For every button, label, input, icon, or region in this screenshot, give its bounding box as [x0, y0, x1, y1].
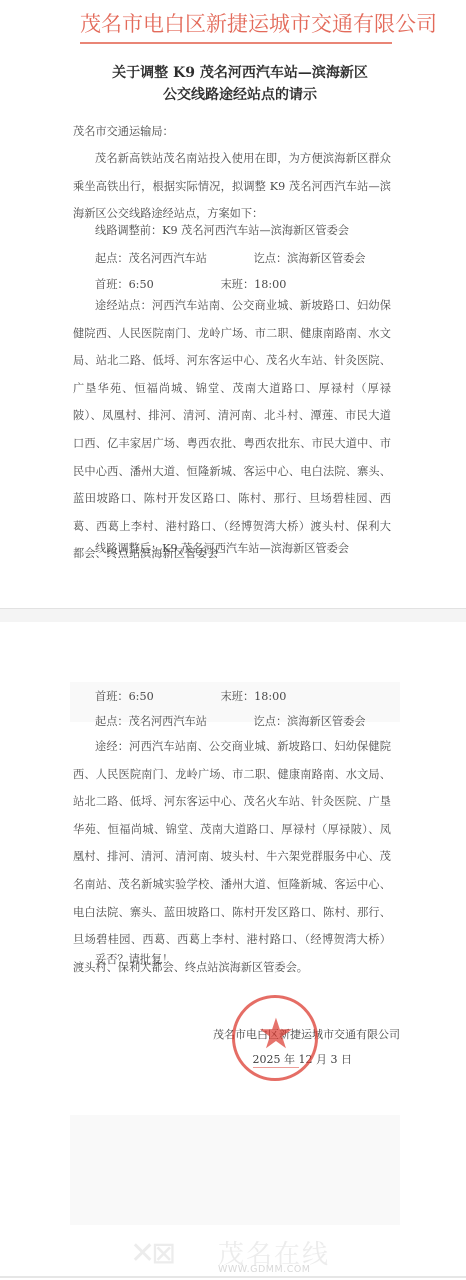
title-line-2: 公交线路途经站点的请示	[60, 84, 420, 106]
closing-request: 妥否？请批复！	[95, 951, 173, 967]
last-bus-time-after: 末班：18:00	[221, 688, 287, 704]
seal-code-line	[253, 1067, 299, 1068]
terminals-row-after: 起点：茂名河西汽车站 讫点：滨海新区管委会	[95, 713, 365, 729]
bleed-through-ghost-lower	[70, 1115, 400, 1225]
watermark-url: WWW.GDMM.COM	[218, 1264, 311, 1275]
bottom-divider	[0, 1276, 466, 1278]
first-bus-time-after: 首班：6:50	[95, 688, 217, 704]
end-station: 讫点：滨海新区管委会	[254, 250, 366, 266]
route-before-label: 线路调整前：K9 茂名河西汽车站—滨海新区管委会	[95, 222, 349, 238]
route-after-label: 线路调整后：K9 茂名河西汽车站—滨海新区管委会	[95, 540, 349, 556]
document-page-1: 茂名市电白区新捷运城市交通有限公司 关于调整 K9 茂名河西汽车站—滨海新区 公…	[0, 0, 466, 612]
stops-list-after: 途经：河西汽车站南、公交商业城、新坡路口、妇幼保健院西、人民医院南门、龙岭广场、…	[73, 733, 391, 981]
start-station-after: 起点：茂名河西汽车站	[95, 713, 250, 729]
watermark-logo-icon: ✕⊠	[130, 1236, 172, 1271]
star-icon: ★	[254, 1012, 298, 1056]
start-station: 起点：茂名河西汽车站	[95, 250, 250, 266]
official-seal: ★	[232, 995, 318, 1081]
stops-list-before: 途经站点：河西汽车站南、公交商业城、新坡路口、妇幼保健院西、人民医院南门、龙岭广…	[73, 292, 391, 568]
letterhead-company-name: 茂名市电白区新捷运城市交通有限公司	[80, 8, 392, 38]
title-line-1: 关于调整 K9 茂名河西汽车站—滨海新区	[60, 62, 420, 84]
terminals-row-before: 起点：茂名河西汽车站 讫点：滨海新区管委会	[95, 250, 365, 266]
last-bus-time: 末班：18:00	[221, 276, 287, 292]
first-bus-time: 首班：6:50	[95, 276, 217, 292]
intro-paragraph: 茂名新高铁站茂名南站投入使用在即，为方便滨海新区群众乘坐高铁出行，根据实际情况，…	[73, 145, 391, 228]
addressee: 茂名市交通运输局：	[73, 118, 391, 146]
letterhead-rule	[80, 42, 392, 44]
schedule-row-before: 首班：6:50 末班：18:00	[95, 276, 286, 292]
schedule-row-after: 首班：6:50 末班：18:00	[95, 688, 286, 704]
end-station-after: 讫点：滨海新区管委会	[254, 713, 366, 729]
site-watermark: ✕⊠ 茂名在线 WWW.GDMM.COM	[130, 1234, 350, 1274]
document-title: 关于调整 K9 茂名河西汽车站—滨海新区 公交线路途经站点的请示	[60, 62, 420, 106]
